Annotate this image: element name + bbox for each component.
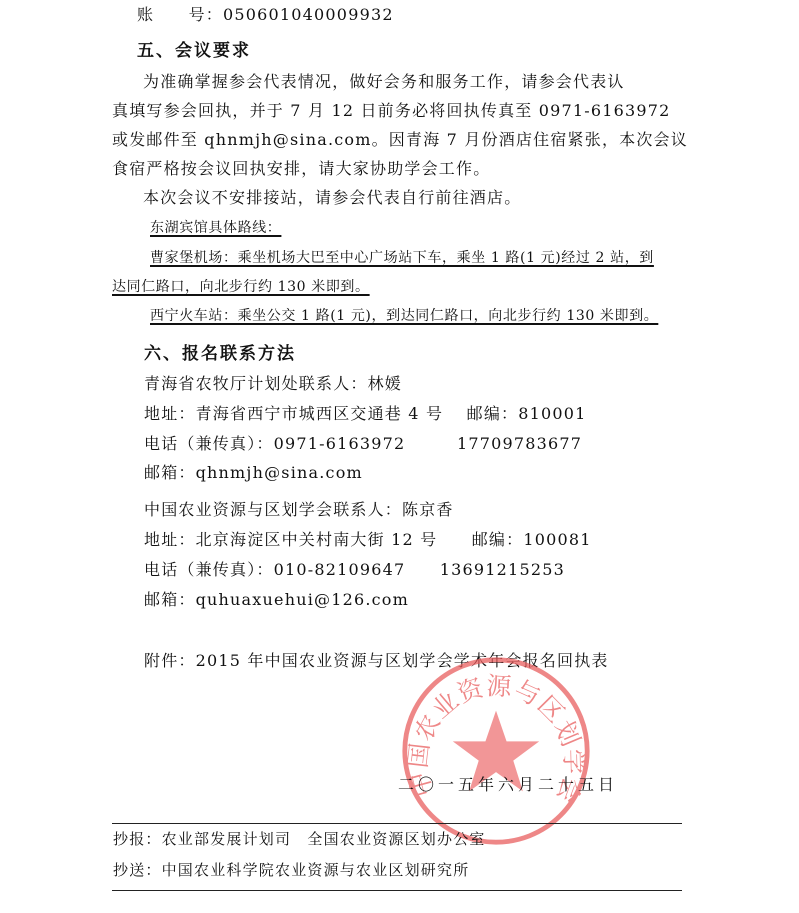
contact2-email: 邮箱：quhuaxuehui@126.com	[144, 590, 409, 610]
contact1-address: 地址：青海省西宁市城西区交通巷 4 号 邮编：810001	[144, 404, 587, 424]
section5-heading: 五、会议要求	[137, 41, 251, 61]
section5-para1-line2: 真填写参会回执，并于 7 月 12 日前务必将回执传真至 0971-616397…	[112, 101, 671, 121]
document-page: 账 号：050601040009932 五、会议要求 为准确掌握参会代表情况，做…	[0, 0, 799, 913]
section5-para1-line4: 食宿严格按会议回执安排，请大家协助学会工作。	[112, 159, 490, 179]
route-airport-line1: 曹家堡机场：乘坐机场大巴至中心广场站下车，乘坐 1 路(1 元)经过 2 站，到	[150, 248, 654, 268]
contact1-name: 青海省农牧厅计划处联系人：林媛	[144, 374, 402, 394]
contact2-address: 地址：北京海淀区中关村南大街 12 号 邮编：100081	[144, 530, 592, 550]
cc-send: 抄送：中国农业科学院农业资源与农业区划研究所	[113, 860, 469, 880]
route-train: 西宁火车站：乘坐公交 1 路(1 元)，到达同仁路口，向北步行约 130 米即到…	[150, 306, 658, 326]
contact1-phone: 电话（兼传真）：0971-6163972 17709783677	[144, 434, 582, 454]
contact2-name: 中国农业资源与区划学会联系人：陈京香	[144, 500, 454, 520]
section5-para2: 本次会议不安排接站，请参会代表自行前往酒店。	[143, 188, 521, 208]
route-title: 东湖宾馆具体路线：	[150, 218, 281, 238]
footer-bottom-rule	[112, 890, 682, 891]
account-number: 050601040009932	[223, 5, 394, 24]
route-airport-line2: 达同仁路口，向北步行约 130 米即到。	[112, 277, 370, 297]
account-label: 账 号：	[137, 5, 223, 24]
account-line: 账 号：050601040009932	[137, 5, 394, 25]
contact2-phone: 电话（兼传真）：010-82109647 13691215253	[144, 560, 565, 580]
cc-report: 抄报：农业部发展计划司 全国农业资源区划办公室	[113, 829, 486, 849]
footer-top-rule	[112, 823, 682, 824]
section5-para1-line1: 为准确掌握参会代表情况，做好会务和服务工作，请参会代表认	[143, 72, 625, 92]
section5-para1-line3: 或发邮件至 qhnmjh@sina.com。因青海 7 月份酒店住宿紧张，本次会…	[112, 130, 688, 150]
official-seal-icon: 中国农业资源与区划学会	[400, 655, 592, 847]
signature-date: 二〇一五年六月二十五日	[398, 772, 618, 795]
contact1-email: 邮箱：qhnmjh@sina.com	[144, 463, 363, 483]
section6-heading: 六、报名联系方法	[144, 344, 296, 364]
attachment-line: 附件：2015 年中国农业资源与区划学会学术年会报名回执表	[144, 651, 609, 671]
